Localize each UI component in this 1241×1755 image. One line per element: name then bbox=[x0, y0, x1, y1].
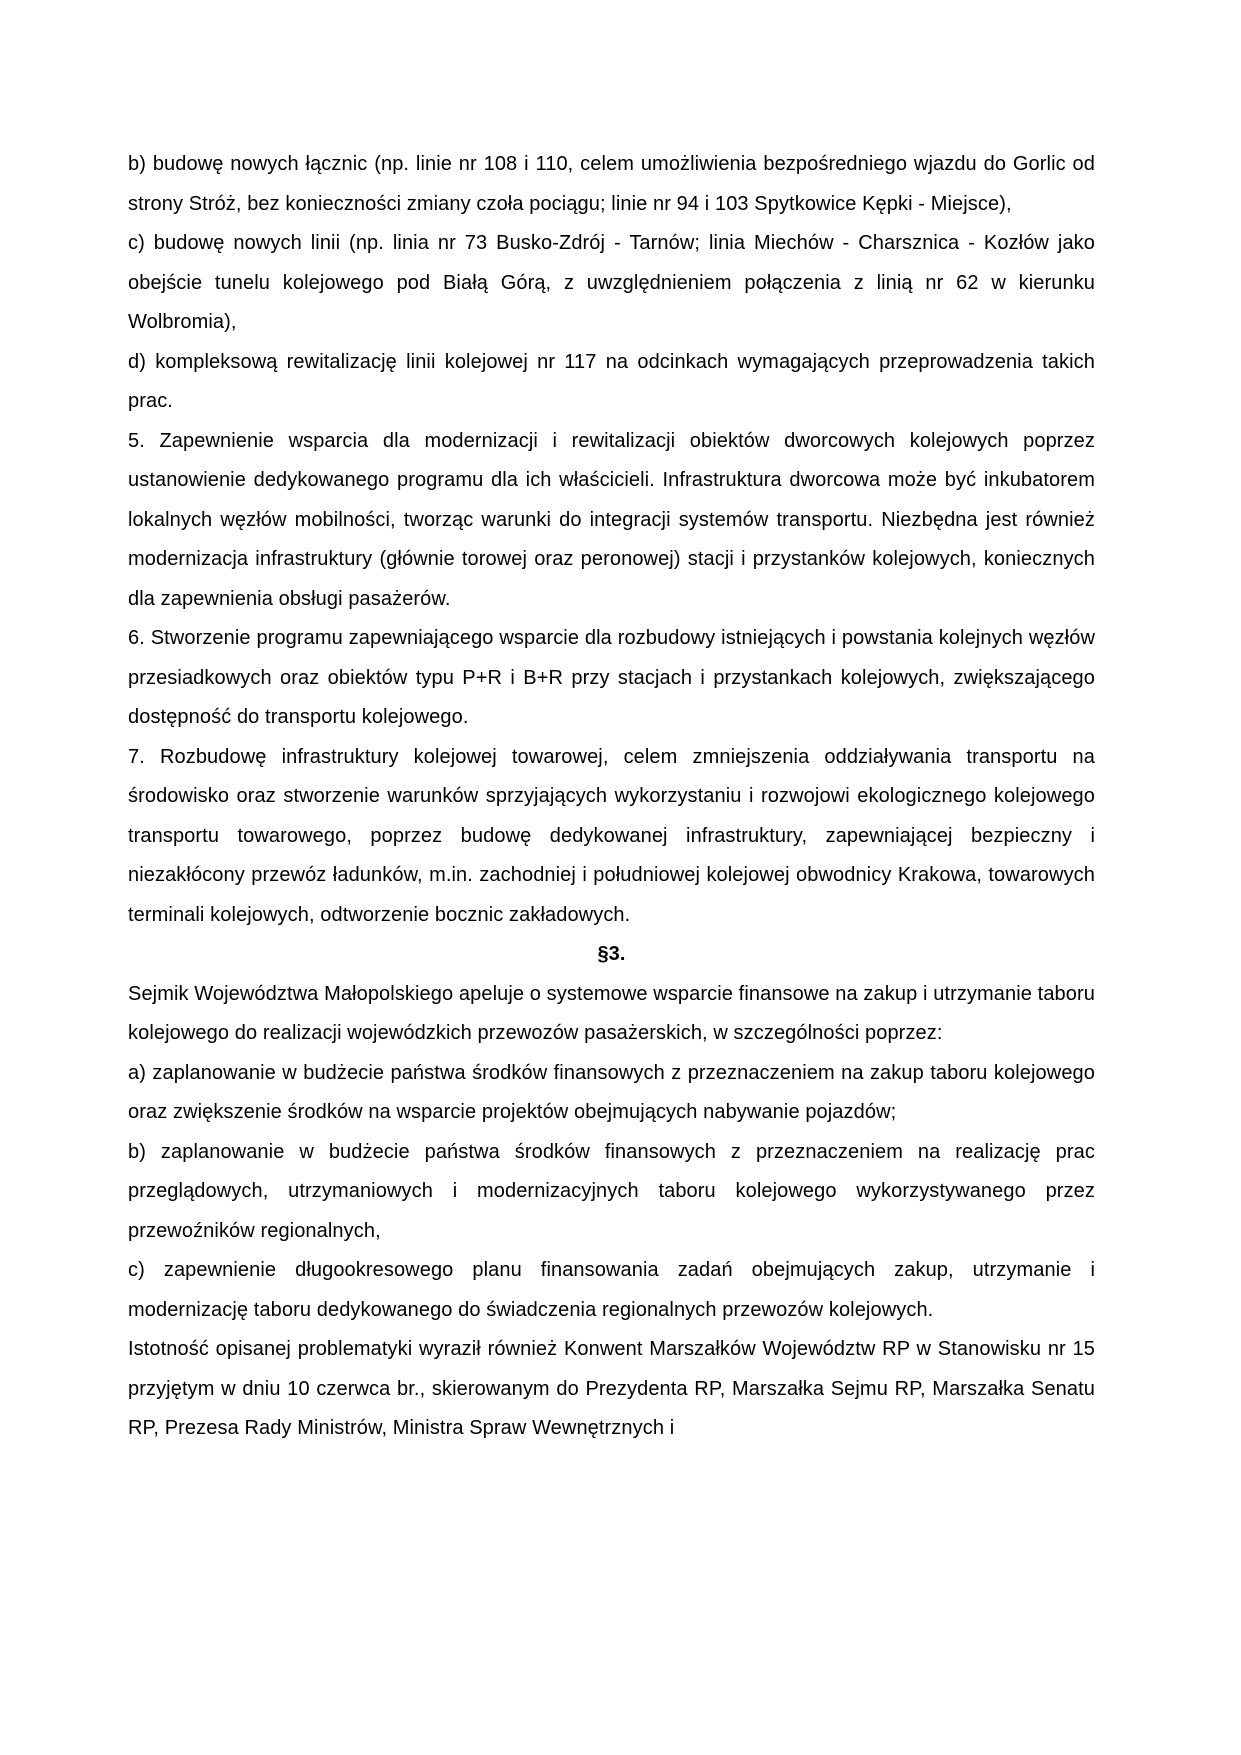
document-page: b) budowę nowych łącznic (np. linie nr 1… bbox=[0, 0, 1241, 1755]
list-item-a-budget-purchase-funds: a) zaplanowanie w budżecie państwa środk… bbox=[128, 1054, 1095, 1133]
list-item-b-budget-maintenance-funds: b) zaplanowanie w budżecie państwa środk… bbox=[128, 1133, 1095, 1252]
section-heading-paragraph-3: §3. bbox=[128, 935, 1095, 975]
point-5-station-buildings-support: 5. Zapewnienie wsparcia dla modernizacji… bbox=[128, 422, 1095, 620]
list-item-c-long-term-financing-plan: c) zapewnienie długookresowego planu fin… bbox=[128, 1251, 1095, 1330]
document-text-block: b) budowę nowych łącznic (np. linie nr 1… bbox=[128, 145, 1095, 1449]
point-7-freight-infrastructure: 7. Rozbudowę infrastruktury kolejowej to… bbox=[128, 738, 1095, 936]
point-6-interchange-hubs-program: 6. Stworzenie programu zapewniającego ws… bbox=[128, 619, 1095, 738]
paragraph-sejmik-appeal-rolling-stock: Sejmik Województwa Małopolskiego apeluje… bbox=[128, 975, 1095, 1054]
list-item-b-new-connectors: b) budowę nowych łącznic (np. linie nr 1… bbox=[128, 145, 1095, 224]
list-item-d-line-117-revitalization: d) kompleksową rewitalizację linii kolej… bbox=[128, 343, 1095, 422]
paragraph-konwent-marszalkow-statement: Istotność opisanej problematyki wyraził … bbox=[128, 1330, 1095, 1449]
list-item-c-new-lines: c) budowę nowych linii (np. linia nr 73 … bbox=[128, 224, 1095, 343]
